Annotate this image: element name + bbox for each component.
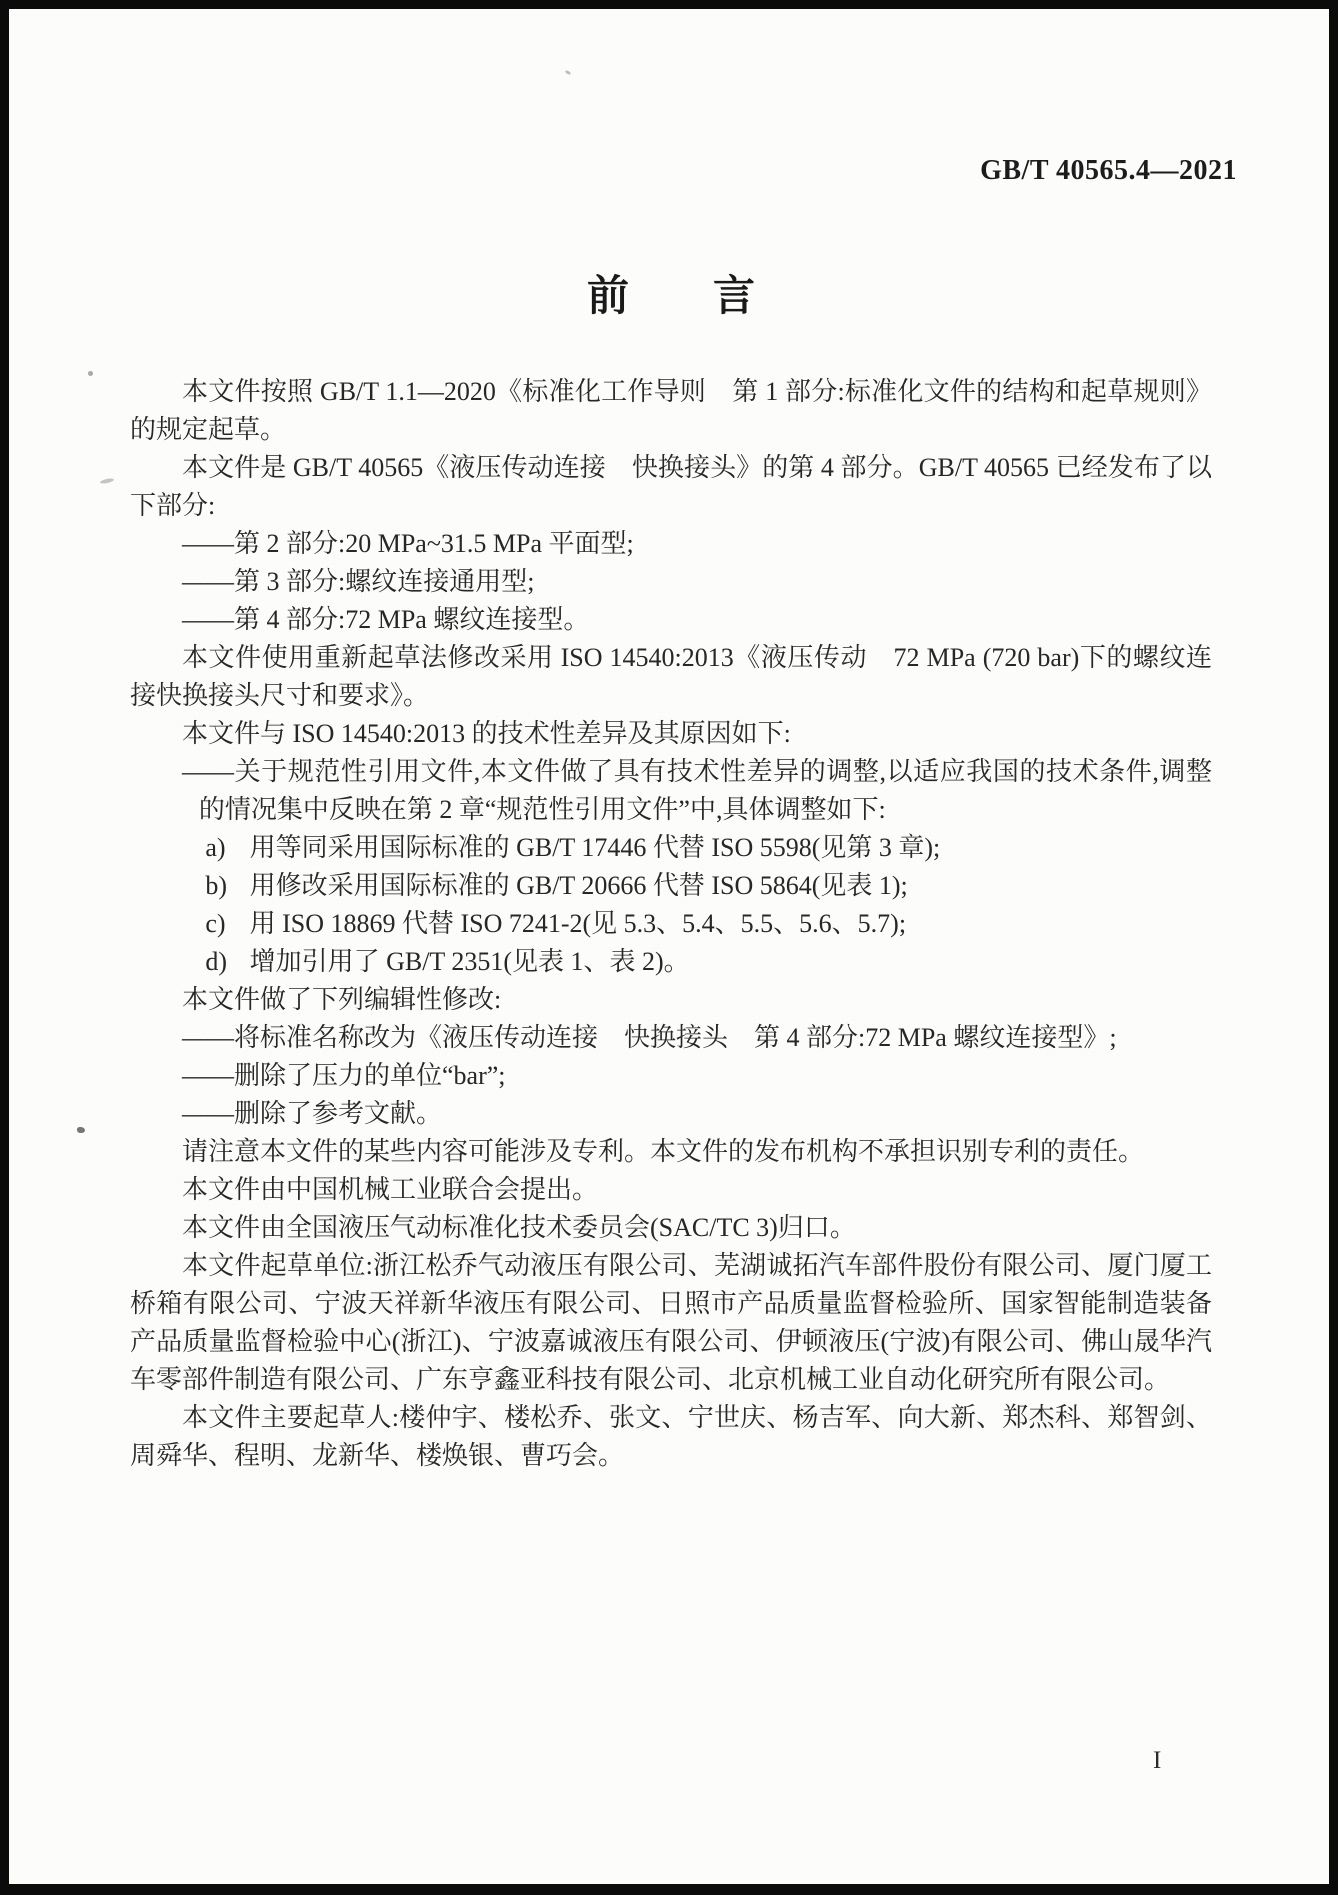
document-code: GB/T 40565.4—2021 — [980, 155, 1237, 187]
lettered-list-item: b)用修改采用国际标准的 GB/T 20666 代替 ISO 5864(见表 1… — [130, 867, 1212, 905]
lettered-list-item: d)增加引用了 GB/T 2351(见表 1、表 2)。 — [130, 943, 1212, 981]
scan-speck — [88, 371, 93, 376]
dash-list-item: ——删除了压力的单位“bar”; — [130, 1057, 1212, 1095]
list-item-label: c) — [205, 905, 249, 943]
foreword-paragraph: 本文件起草单位:浙江松乔气动液压有限公司、芜湖诚拓汽车部件股份有限公司、厦门厦工… — [130, 1247, 1212, 1399]
scan-speck — [565, 70, 572, 76]
list-item-text: 用 ISO 18869 代替 ISO 7241-2(见 5.3、5.4、5.5、… — [250, 909, 907, 938]
dash-list-item: ——删除了参考文献。 — [130, 1095, 1212, 1133]
page-number: I — [1153, 1747, 1161, 1775]
foreword-paragraph: 本文件使用重新起草法修改采用 ISO 14540:2013《液压传动 72 MP… — [130, 639, 1212, 715]
foreword-paragraph: 本文件与 ISO 14540:2013 的技术性差异及其原因如下: — [130, 715, 1212, 753]
document-page: GB/T 40565.4—2021 前 言 本文件按照 GB/T 1.1—202… — [9, 9, 1329, 1884]
list-item-text: 用等同采用国际标准的 GB/T 17446 代替 ISO 5598(见第 3 章… — [250, 833, 941, 862]
lettered-list-item: c)用 ISO 18869 代替 ISO 7241-2(见 5.3、5.4、5.… — [130, 905, 1212, 943]
foreword-paragraph: 本文件做了下列编辑性修改: — [130, 981, 1212, 1019]
foreword-paragraph: 请注意本文件的某些内容可能涉及专利。本文件的发布机构不承担识别专利的责任。 — [130, 1133, 1212, 1171]
foreword-paragraph: 本文件是 GB/T 40565《液压传动连接 快换接头》的第 4 部分。GB/T… — [130, 449, 1212, 525]
foreword-paragraph: 本文件由全国液压气动标准化技术委员会(SAC/TC 3)归口。 — [130, 1209, 1212, 1247]
dash-list-item: ——关于规范性引用文件,本文件做了具有技术性差异的调整,以适应我国的技术条件,调… — [130, 753, 1212, 829]
dash-list-item: ——第 3 部分:螺纹连接通用型; — [130, 563, 1212, 601]
scan-speck — [100, 478, 115, 485]
foreword-paragraph: 本文件主要起草人:楼仲宇、楼松乔、张文、宁世庆、杨吉军、向大新、郑杰科、郑智剑、… — [130, 1399, 1212, 1475]
foreword-paragraph: 本文件由中国机械工业联合会提出。 — [130, 1171, 1212, 1209]
lettered-list-item: a)用等同采用国际标准的 GB/T 17446 代替 ISO 5598(见第 3… — [130, 829, 1212, 867]
list-item-text: 增加引用了 GB/T 2351(见表 1、表 2)。 — [250, 947, 690, 976]
foreword-body: 本文件按照 GB/T 1.1—2020《标准化工作导则 第 1 部分:标准化文件… — [130, 373, 1212, 1475]
dash-list-item: ——第 2 部分:20 MPa~31.5 MPa 平面型; — [130, 525, 1212, 563]
list-item-text: 用修改采用国际标准的 GB/T 20666 代替 ISO 5864(见表 1); — [250, 871, 908, 900]
list-item-label: b) — [205, 867, 249, 905]
dash-list-item: ——将标准名称改为《液压传动连接 快换接头 第 4 部分:72 MPa 螺纹连接… — [130, 1019, 1212, 1057]
foreword-paragraph: 本文件按照 GB/T 1.1—2020《标准化工作导则 第 1 部分:标准化文件… — [130, 373, 1212, 449]
scan-speck — [77, 1127, 85, 1133]
list-item-label: a) — [205, 829, 249, 867]
page-title: 前 言 — [130, 263, 1212, 323]
dash-list-item: ——第 4 部分:72 MPa 螺纹连接型。 — [130, 601, 1212, 639]
scanned-page-frame: GB/T 40565.4—2021 前 言 本文件按照 GB/T 1.1—202… — [0, 0, 1338, 1895]
list-item-label: d) — [205, 943, 249, 981]
